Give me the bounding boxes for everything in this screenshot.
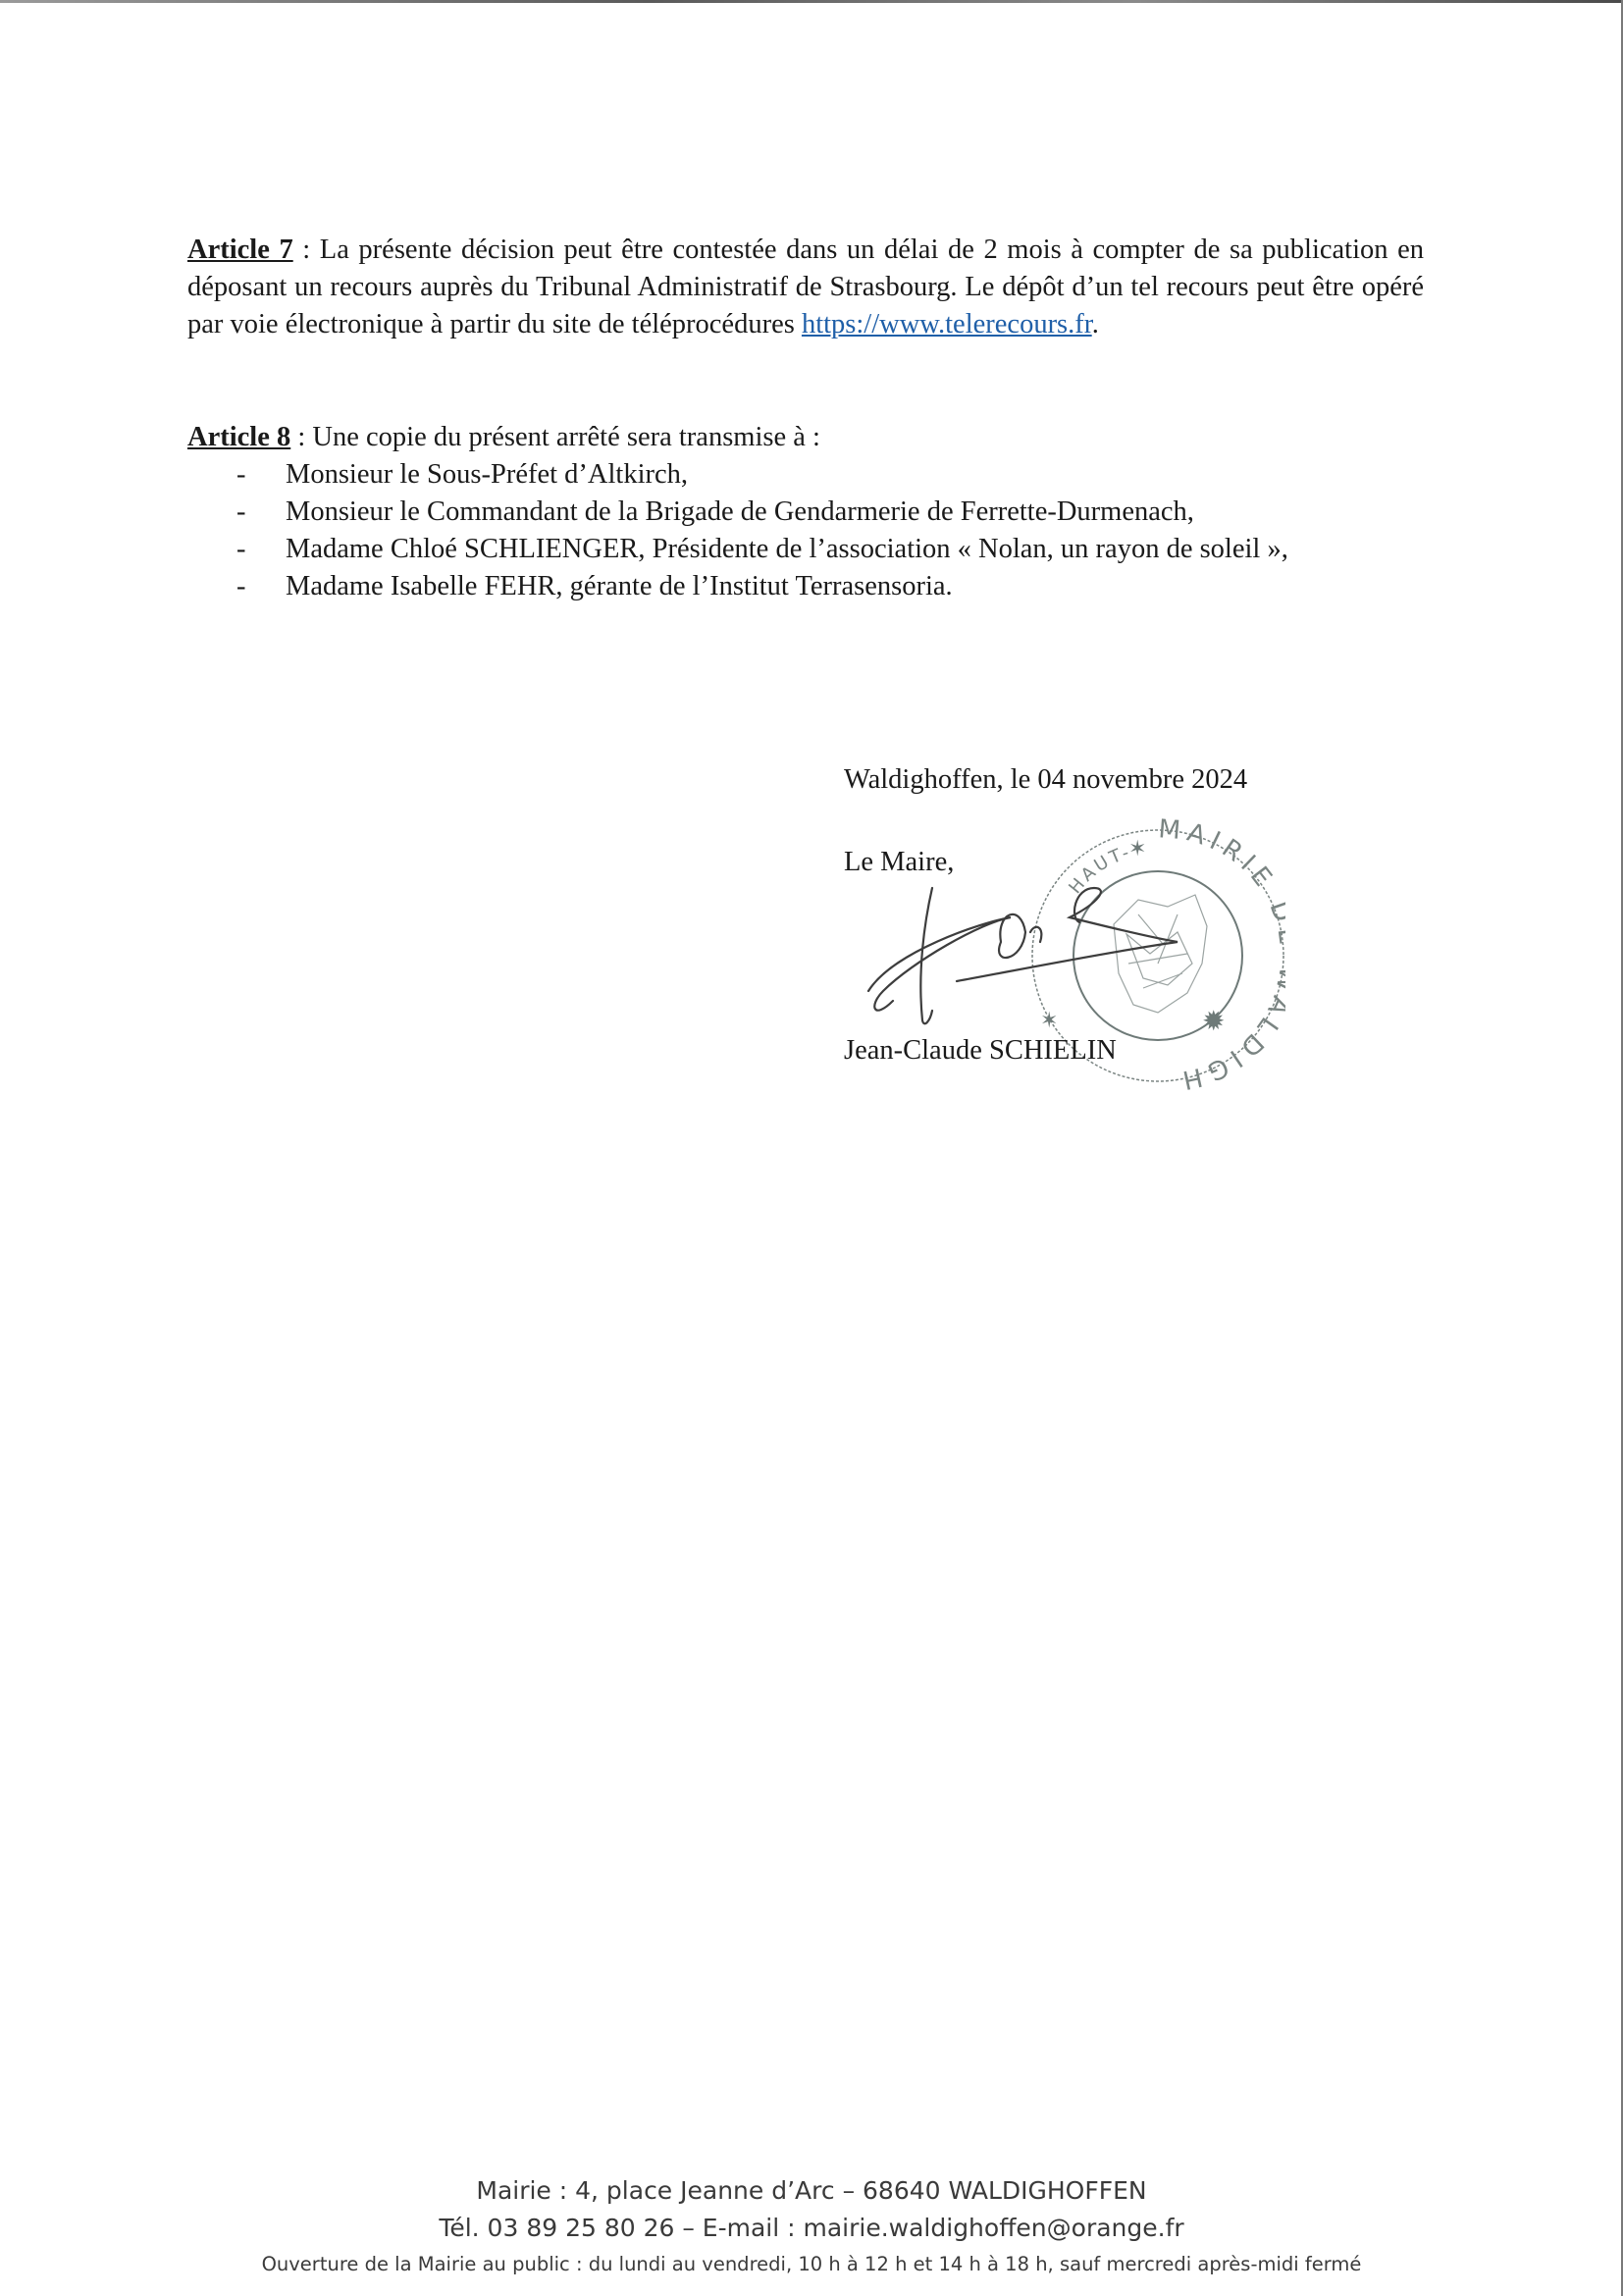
recipient-item: -Monsieur le Sous-Préfet d’Altkirch, <box>187 456 1424 494</box>
dash-bullet: - <box>236 568 246 605</box>
recipient-text: Madame Isabelle FEHR, gérante de l’Insti… <box>286 571 953 601</box>
article-8: Article 8 : Une copie du présent arrêté … <box>187 419 1424 605</box>
footer-address: Mairie : 4, place Jeanne d’Arc – 68640 W… <box>0 2176 1623 2205</box>
place-and-date: Waldighoffen, le 04 novembre 2024 <box>844 761 1247 799</box>
svg-text:✹: ✹ <box>1202 1007 1225 1037</box>
dash-bullet: - <box>236 531 246 568</box>
article-8-intro-line: Article 8 : Une copie du présent arrêté … <box>187 419 1424 456</box>
recipient-text: Monsieur le Commandant de la Brigade de … <box>286 496 1194 527</box>
article-7-period: . <box>1092 309 1099 339</box>
recipient-item: -Madame Chloé SCHLIENGER, Présidente de … <box>187 531 1424 568</box>
article-8-label: Article 8 <box>187 422 290 452</box>
footer-opening-hours: Ouverture de la Mairie au public : du lu… <box>0 2253 1623 2275</box>
recipient-item: -Madame Isabelle FEHR, gérante de l’Inst… <box>187 568 1424 605</box>
telerecours-link[interactable]: https://www.telerecours.fr <box>802 309 1092 339</box>
article-7-paragraph: Article 7 : La présente décision peut êt… <box>187 232 1424 343</box>
article-7: Article 7 : La présente décision peut êt… <box>187 232 1424 343</box>
svg-text:✶: ✶ <box>1128 836 1146 861</box>
recipient-list: -Monsieur le Sous-Préfet d’Altkirch, -Mo… <box>187 456 1424 605</box>
scan-edge-top <box>0 0 1623 3</box>
dash-bullet: - <box>236 456 246 494</box>
signatory-title: Le Maire, <box>844 844 954 881</box>
recipient-item: -Monsieur le Commandant de la Brigade de… <box>187 494 1424 531</box>
recipient-text: Madame Chloé SCHLIENGER, Présidente de l… <box>286 534 1288 564</box>
footer-contact: Tél. 03 89 25 80 26 – E-mail : mairie.wa… <box>0 2214 1623 2242</box>
recipient-text: Monsieur le Sous-Préfet d’Altkirch, <box>286 459 688 490</box>
signatory-name: Jean-Claude SCHIELIN <box>844 1032 1117 1070</box>
article-8-intro: : Une copie du présent arrêté sera trans… <box>290 422 820 452</box>
handwritten-signature-icon <box>864 883 1197 1030</box>
article-7-label: Article 7 <box>187 235 293 265</box>
dash-bullet: - <box>236 494 246 531</box>
